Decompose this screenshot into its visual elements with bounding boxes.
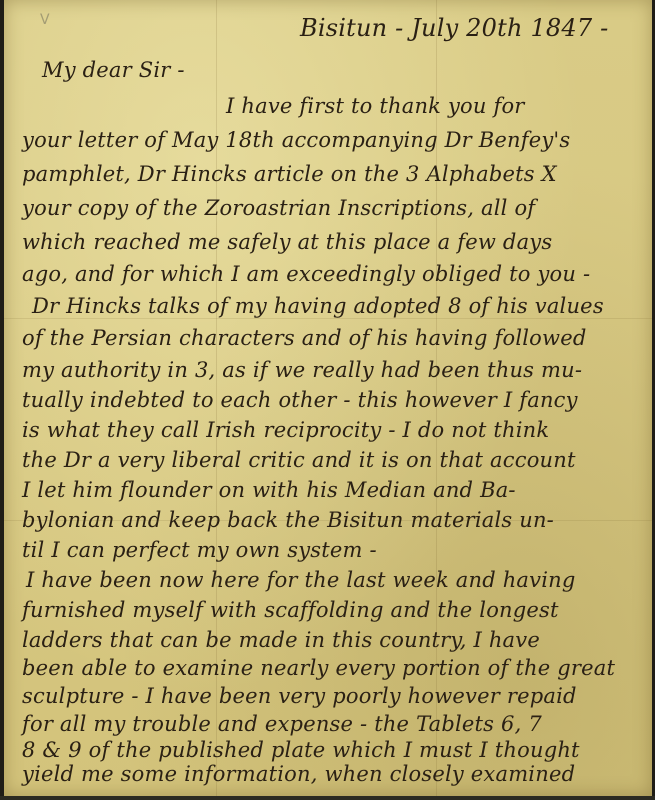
salutation: My dear Sir - bbox=[42, 58, 185, 82]
scan-border bbox=[0, 796, 655, 800]
letter-line: I have first to thank you for bbox=[226, 94, 525, 118]
letter-line: of the Persian characters and of his hav… bbox=[22, 326, 586, 350]
corner-mark: V bbox=[40, 12, 50, 28]
letter-line: been able to examine nearly every portio… bbox=[22, 656, 615, 680]
letter-line: for all my trouble and expense - the Tab… bbox=[22, 712, 542, 736]
letter-line: ladders that can be made in this country… bbox=[22, 628, 540, 652]
letter-line: tually indebted to each other - this how… bbox=[22, 388, 578, 412]
letter-line: ago, and for which I am exceedingly obli… bbox=[22, 262, 590, 286]
letter-line: 8 & 9 of the published plate which I mus… bbox=[22, 738, 580, 762]
letter-line: my authority in 3, as if we really had b… bbox=[22, 358, 582, 382]
letter-line: I let him flounder on with his Median an… bbox=[22, 478, 516, 502]
letter-line: is what they call Irish reciprocity - I … bbox=[22, 418, 549, 442]
letter-line: I have been now here for the last week a… bbox=[26, 568, 576, 592]
letter-line: bylonian and keep back the Bisitun mater… bbox=[22, 508, 554, 532]
letter-page: V Bisitun - July 20th 1847 - My dear Sir… bbox=[4, 0, 652, 796]
dateline: Bisitun - July 20th 1847 - bbox=[300, 14, 608, 42]
letter-line: til I can perfect my own system - bbox=[22, 538, 377, 562]
letter-line: your letter of May 18th accompanying Dr … bbox=[22, 128, 570, 152]
letter-line: Dr Hincks talks of my having adopted 8 o… bbox=[32, 294, 604, 318]
letter-line: sculpture - I have been very poorly howe… bbox=[22, 684, 577, 708]
letter-line: furnished myself with scaffolding and th… bbox=[22, 598, 559, 622]
letter-line: your copy of the Zoroastrian Inscription… bbox=[22, 196, 535, 220]
letter-line: pamphlet, Dr Hincks article on the 3 Alp… bbox=[22, 162, 557, 186]
letter-line: yield me some information, when closely … bbox=[22, 762, 575, 786]
letter-line: the Dr a very liberal critic and it is o… bbox=[22, 448, 576, 472]
fold-crease bbox=[4, 318, 652, 319]
letter-line: which reached me safely at this place a … bbox=[22, 230, 552, 254]
